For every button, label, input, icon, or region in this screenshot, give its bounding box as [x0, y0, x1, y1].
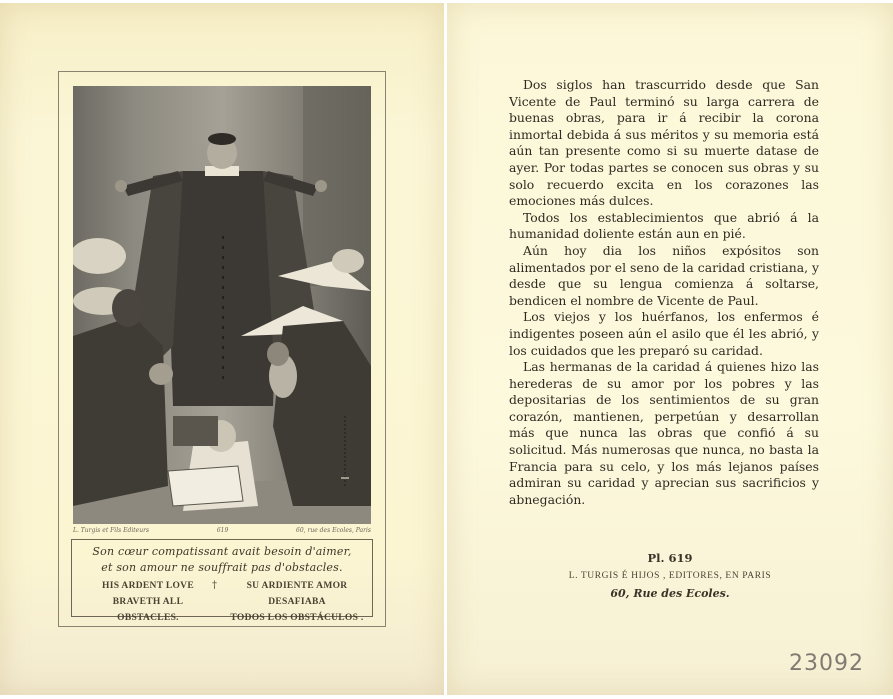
- publisher-address: 60, Rue des Ecoles.: [447, 587, 893, 600]
- credit-address: 60, rue des Ecoles, Paris: [296, 527, 371, 534]
- paragraph: Todos los establecimientos que abrió á l…: [509, 210, 819, 243]
- engraving-illustration: [73, 86, 371, 524]
- credit-plate-number: 619: [217, 527, 228, 534]
- engraving-plate-frame: L. Turgis et Fils Editeurs 619 60, rue d…: [58, 71, 386, 627]
- caption-french-line-2: et son amour ne souffrait pas d'obstacle…: [72, 561, 372, 574]
- holy-card-front: L. Turgis et Fils Editeurs 619 60, rue d…: [0, 3, 444, 695]
- plate-number: Pl. 619: [447, 551, 893, 565]
- caption-english-line-1: HIS ARDENT LOVE: [88, 578, 208, 594]
- paragraph: Los viejos y los huérfanos, los enfermos…: [509, 309, 819, 359]
- caption-french-line-1: Son cœur compatissant avait besoin d'aim…: [72, 545, 372, 558]
- publisher-line: L. TURGIS É HIJOS , EDITORES, EN PARIS: [447, 571, 893, 581]
- holy-card-back: Dos siglos han trascurrido desde que San…: [447, 3, 893, 695]
- engraving-credits: L. Turgis et Fils Editeurs 619 60, rue d…: [73, 527, 371, 534]
- caption-spanish-line-2: TODOS LOS OBSTÁCULOS .: [222, 610, 372, 626]
- prayer-text: Dos siglos han trascurrido desde que San…: [509, 77, 819, 508]
- caption-english: HIS ARDENT LOVE BRAVETH ALL OBSTACLES.: [88, 578, 208, 626]
- paragraph: Aún hoy dia los niños expósitos son alim…: [509, 243, 819, 309]
- engraving-image: [73, 86, 371, 524]
- paragraph: Las hermanas de la caridad á quienes hiz…: [509, 359, 819, 508]
- handwritten-archive-number: 23092: [789, 651, 864, 676]
- dagger-separator-icon: †: [212, 578, 217, 594]
- caption-spanish: SU ARDIENTE AMOR DESAFIABA TODOS LOS OBS…: [222, 578, 372, 626]
- paragraph: Dos siglos han trascurrido desde que San…: [509, 77, 819, 210]
- credit-publisher: L. Turgis et Fils Editeurs: [73, 527, 149, 534]
- caption-spanish-line-1: SU ARDIENTE AMOR DESAFIABA: [222, 578, 372, 610]
- caption-box: Son cœur compatissant avait besoin d'aim…: [71, 539, 373, 617]
- caption-english-line-2: BRAVETH ALL OBSTACLES.: [88, 594, 208, 626]
